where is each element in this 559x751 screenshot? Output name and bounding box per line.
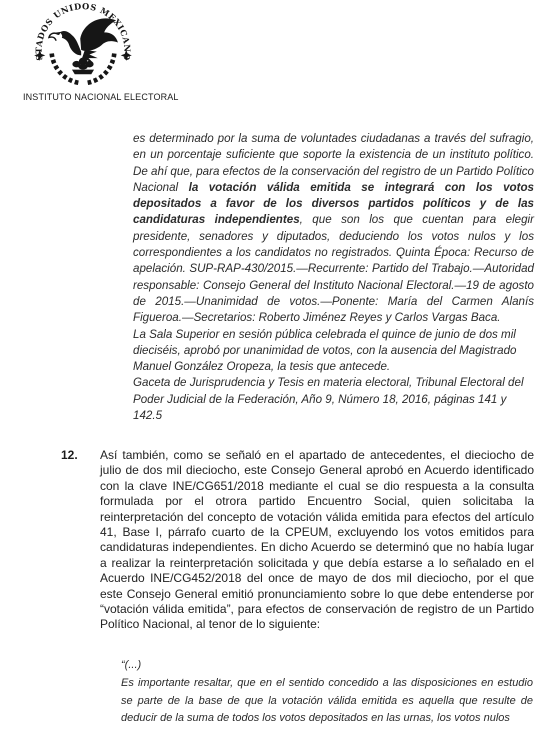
paragraph-12-text: Así también, como se señaló en el aparta… — [100, 448, 534, 633]
quote-text-segment: , que son los que cuentan para elegir pr… — [133, 213, 534, 324]
quote-paragraph-thesis: es determinado por la suma de voluntades… — [133, 131, 534, 327]
jurisprudence-quote: es determinado por la suma de voluntades… — [133, 131, 534, 424]
quote-paragraph-approval: La Sala Superior en sesión pública celeb… — [133, 327, 534, 376]
paragraph-number: 12. — [61, 448, 78, 462]
quote-text: Es importante resaltar, que en el sentid… — [121, 675, 533, 728]
acuerdo-quote: “(...) Es importante resaltar, que en el… — [121, 657, 533, 728]
quote-paragraph-gaceta: Gaceta de Jurisprudencia y Tesis en mate… — [133, 375, 534, 424]
quote-opening-ellipsis: “(...) — [121, 657, 533, 675]
document-page: ESTADOS UNIDOS MEXICANOS — [0, 0, 559, 751]
institution-name: INSTITUTO NACIONAL ELECTORAL — [23, 92, 179, 102]
mexican-coat-of-arms-icon: ESTADOS UNIDOS MEXICANOS — [26, 2, 140, 94]
